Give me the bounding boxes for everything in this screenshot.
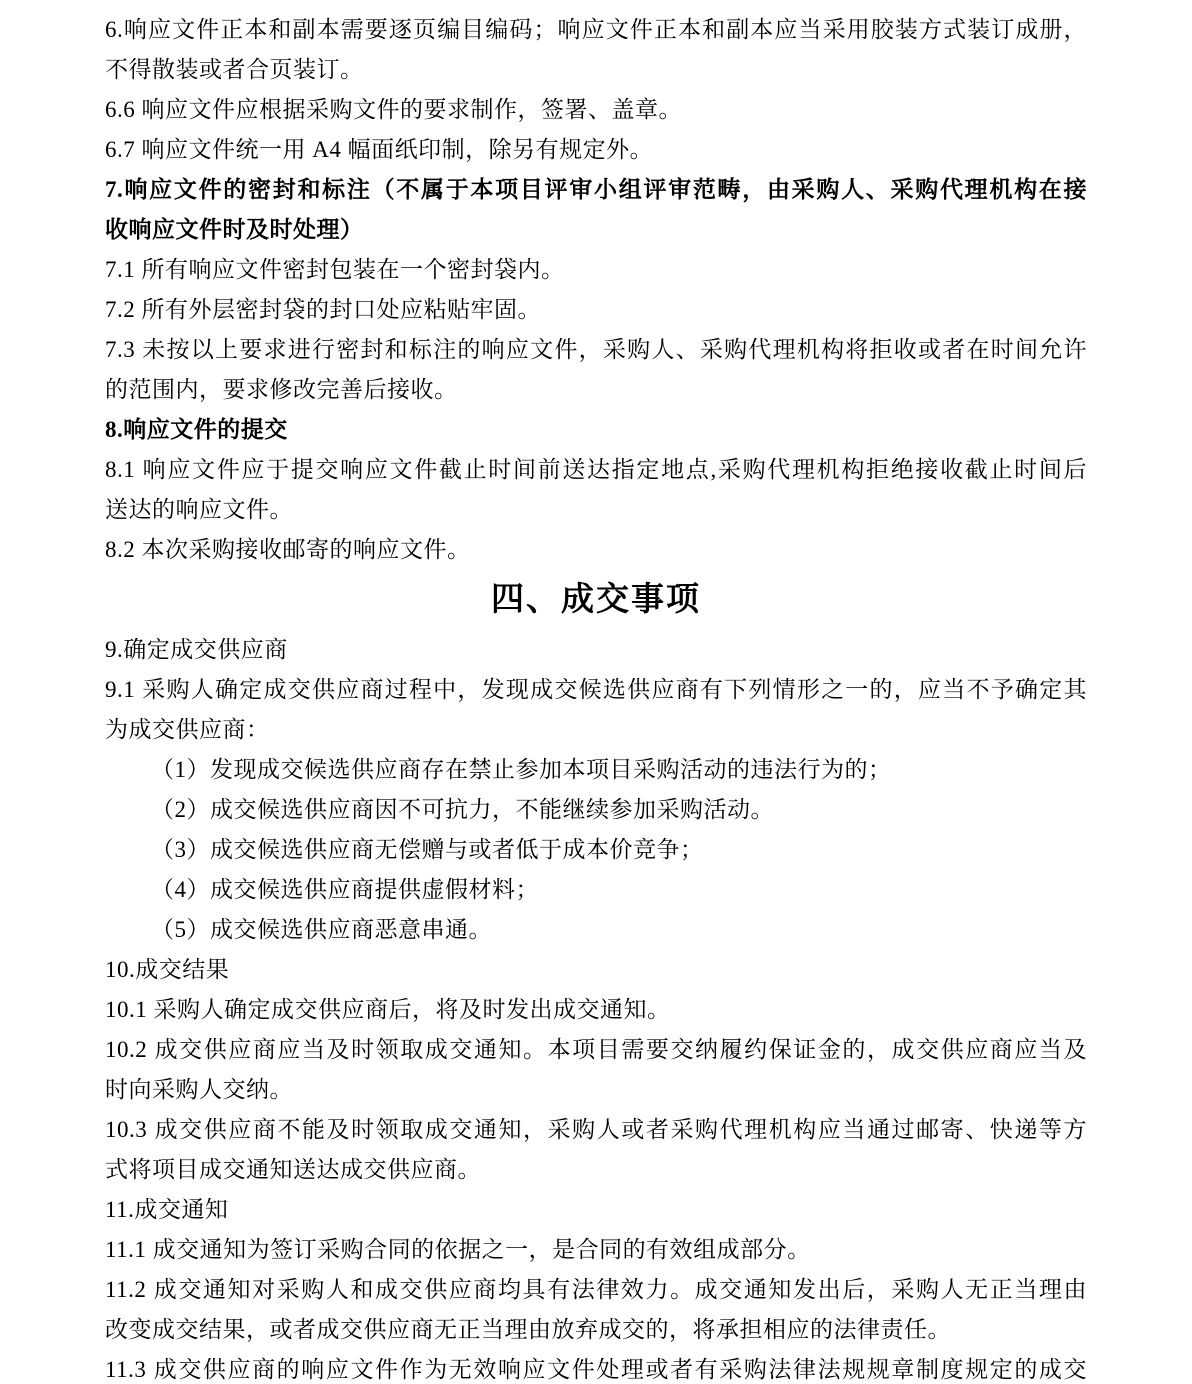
text-line: 7.3 未按以上要求进行密封和标注的响应文件，采购人、采购代理机构将拒收或者在时… <box>105 330 1087 370</box>
text-line: （3）成交候选供应商无偿赠与或者低于成本价竞争； <box>105 830 1087 870</box>
document-page: 6.响应文件正本和副本需要逐页编目编码；响应文件正本和副本应当采用胶装方式装订成… <box>0 0 1192 1384</box>
text-line: （4）成交候选供应商提供虚假材料； <box>105 870 1087 910</box>
section-heading: 四、成交事项 <box>105 570 1087 630</box>
text-line: 9.1 采购人确定成交供应商过程中，发现成交候选供应商有下列情形之一的，应当不予… <box>105 670 1087 710</box>
text-line: 为成交供应商： <box>105 710 1087 750</box>
text-line: 6.响应文件正本和副本需要逐页编目编码；响应文件正本和副本应当采用胶装方式装订成… <box>105 10 1087 50</box>
text-line: （2）成交候选供应商因不可抗力，不能继续参加采购活动。 <box>105 790 1087 830</box>
text-line: 时向采购人交纳。 <box>105 1070 1087 1110</box>
text-line: 8.1 响应文件应于提交响应文件截止时间前送达指定地点,采购代理机构拒绝接收截止… <box>105 450 1087 490</box>
text-line: 8.响应文件的提交 <box>105 410 1087 450</box>
text-line: 改变成交结果，或者成交供应商无正当理由放弃成交的，将承担相应的法律责任。 <box>105 1310 1087 1350</box>
text-line: 7.响应文件的密封和标注（不属于本项目评审小组评审范畴，由采购人、采购代理机构在… <box>105 170 1087 210</box>
text-line: 收响应文件时及时处理） <box>105 210 1087 250</box>
text-line: 10.成交结果 <box>105 950 1087 990</box>
text-line: （1）发现成交候选供应商存在禁止参加本项目采购活动的违法行为的； <box>105 750 1087 790</box>
text-line: （5）成交候选供应商恶意串通。 <box>105 910 1087 950</box>
text-line: 11.1 成交通知为签订采购合同的依据之一，是合同的有效组成部分。 <box>105 1230 1087 1270</box>
text-line: 10.2 成交供应商应当及时领取成交通知。本项目需要交纳履约保证金的，成交供应商… <box>105 1030 1087 1070</box>
text-line: 11.3 成交供应商的响应文件作为无效响应文件处理或者有采购法律法规规章制度规定… <box>105 1350 1087 1384</box>
text-line: 7.2 所有外层密封袋的封口处应粘贴牢固。 <box>105 290 1087 330</box>
text-line: 式将项目成交通知送达成交供应商。 <box>105 1150 1087 1190</box>
text-line: 7.1 所有响应文件密封包装在一个密封袋内。 <box>105 250 1087 290</box>
text-line: 不得散装或者合页装订。 <box>105 50 1087 90</box>
text-line: 6.7 响应文件统一用 A4 幅面纸印制，除另有规定外。 <box>105 130 1087 170</box>
text-line: 送达的响应文件。 <box>105 490 1087 530</box>
text-line: 11.2 成交通知对采购人和成交供应商均具有法律效力。成交通知发出后，采购人无正… <box>105 1270 1087 1310</box>
text-line: 10.1 采购人确定成交供应商后，将及时发出成交通知。 <box>105 990 1087 1030</box>
text-line: 8.2 本次采购接收邮寄的响应文件。 <box>105 530 1087 570</box>
text-line: 11.成交通知 <box>105 1190 1087 1230</box>
text-line: 的范围内，要求修改完善后接收。 <box>105 370 1087 410</box>
text-line: 9.确定成交供应商 <box>105 630 1087 670</box>
text-line: 6.6 响应文件应根据采购文件的要求制作，签署、盖章。 <box>105 90 1087 130</box>
document-body: 6.响应文件正本和副本需要逐页编目编码；响应文件正本和副本应当采用胶装方式装订成… <box>0 0 1192 1384</box>
text-line: 10.3 成交供应商不能及时领取成交通知，采购人或者采购代理机构应当通过邮寄、快… <box>105 1110 1087 1150</box>
